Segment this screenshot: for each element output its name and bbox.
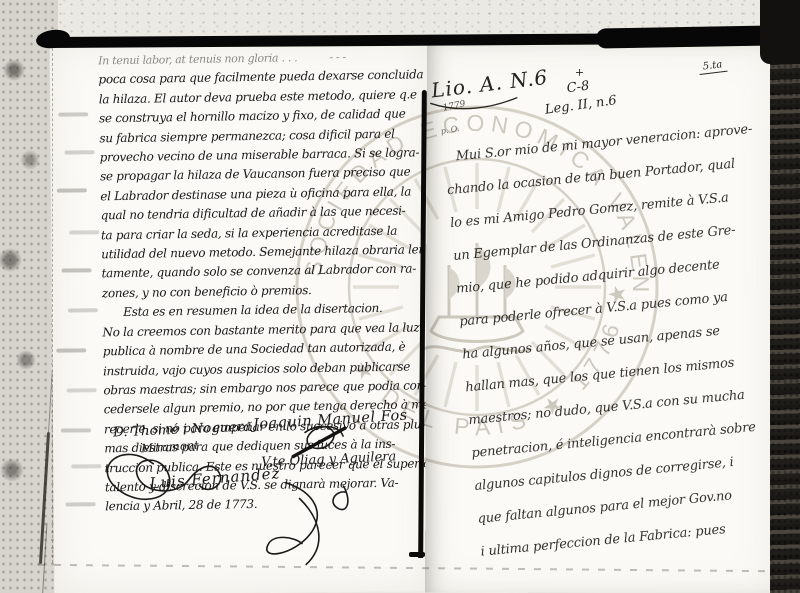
left-page-edge-line <box>52 48 53 563</box>
left-page: In tenui labor, at tenuis non gloria . .… <box>50 39 433 593</box>
file-mark-underline <box>431 97 517 108</box>
flourish-oliag <box>333 486 348 510</box>
right-edge-top-blob <box>760 0 800 64</box>
flourish-tail-fernandez <box>266 482 317 554</box>
right-edge-book-texture <box>770 0 800 593</box>
manuscript-scan: In tenui labor, at tenuis non gloria . .… <box>0 0 800 593</box>
letter-text-block: Mui S.or mio de mi mayor veneracion: apr… <box>443 112 797 568</box>
right-page: Lio. A. N.6 1779 + C-8 Leg. II, n.6 5.ta… <box>425 45 773 593</box>
top-edge-shadow-band-right <box>596 25 778 48</box>
page-gutter-foot <box>409 552 425 557</box>
signature-flourishes <box>50 39 433 593</box>
